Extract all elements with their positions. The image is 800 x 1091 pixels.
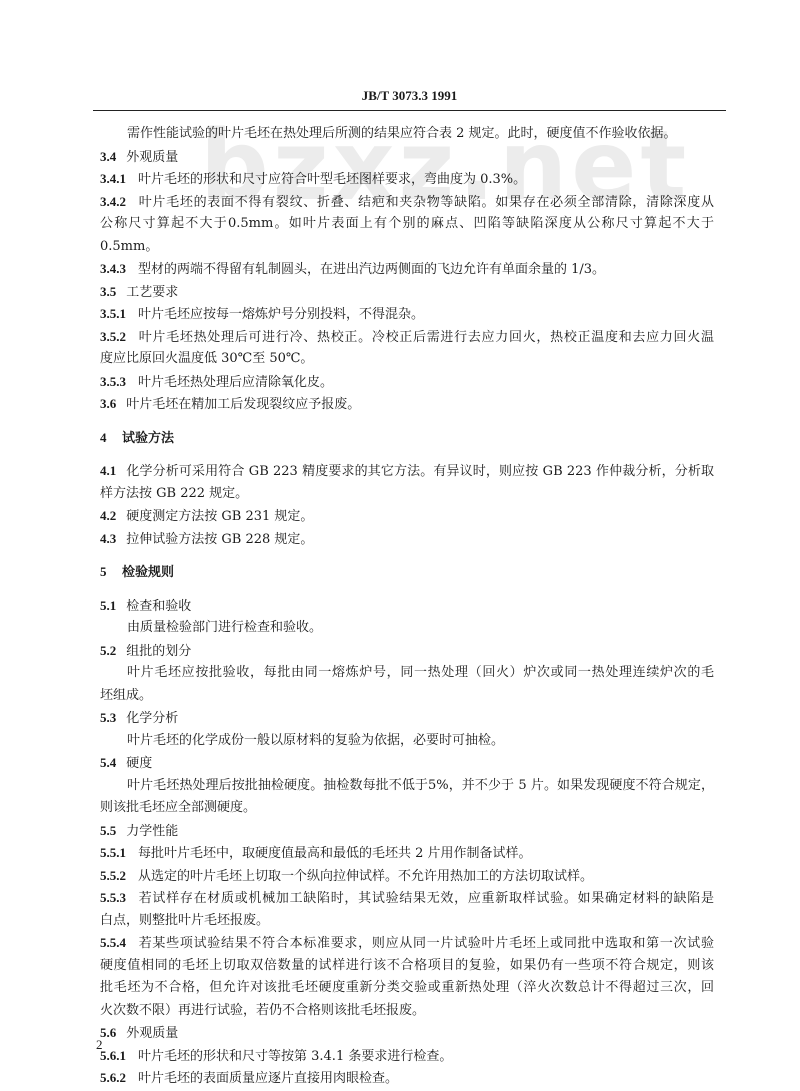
clause-5-5-4-cont: 硬度值相同的毛坯上切取双倍数量的试样进行该不合格项目的复验，如果仍有一些项不符合… bbox=[100, 955, 714, 978]
standard-code-header: JB/T 3073.3 1991 bbox=[93, 88, 726, 104]
clause-5-5-4: 5.5.4若某些项试验结果不符合本标准要求，则应从同一片试验叶片毛坯上或同批中选… bbox=[100, 932, 714, 955]
section-5-5: 5.5力学性能 bbox=[100, 820, 714, 843]
clause-3-4-3: 3.4.3型材的两端不得留有轧制圆头，在进出汽边两侧面的飞边允许有单面余量的 1… bbox=[100, 258, 714, 281]
spacer bbox=[100, 449, 714, 460]
section-number: 4.1 bbox=[100, 460, 116, 483]
section-number: 3.4 bbox=[100, 146, 116, 169]
section-3-6: 3.6叶片毛坯在精加工后发现裂纹应予报废。 bbox=[100, 393, 714, 416]
clause-text: 若试样存在材质或机械加工缺陷时，其试验结果无效，应重新取样试验。如果确定材料的缺… bbox=[138, 891, 714, 906]
section-number: 4.2 bbox=[100, 505, 116, 528]
clause-3-5-2: 3.5.2叶片毛坯热处理后可进行冷、热校正。冷校正后需进行去应力回火，热校正温度… bbox=[100, 326, 714, 349]
section-title: 力学性能 bbox=[126, 824, 178, 839]
clause-3-4-2: 3.4.2叶片毛坯的表面不得有裂纹、折叠、结疤和夹杂物等缺陷。如果存在必须全部清… bbox=[100, 191, 714, 214]
page-number: 2 bbox=[96, 1037, 103, 1053]
section-text: 叶片毛坯在精加工后发现裂纹应予报废。 bbox=[126, 397, 360, 412]
clause-5-5-4-cont: 火次数不限）再进行试验，若仍不合格则该批毛坯报废。 bbox=[100, 1000, 714, 1023]
section-5-2-body-cont: 坯组成。 bbox=[100, 685, 714, 708]
section-number: 5.2 bbox=[100, 640, 116, 663]
clause-number: 3.4.1 bbox=[100, 168, 126, 191]
clause-3-4-2-cont: 公称尺寸算起不大于0.5mm。如叶片表面上有个别的麻点、凹陷等缺陷深度从公称尺寸… bbox=[100, 213, 714, 236]
clause-text: 叶片毛坯热处理后应清除氧化皮。 bbox=[138, 375, 333, 390]
section-5-3: 5.3化学分析 bbox=[100, 707, 714, 730]
section-title: 组批的划分 bbox=[126, 644, 191, 659]
clause-3-5-1: 3.5.1叶片毛坯应按每一熔炼炉号分别投料，不得混杂。 bbox=[100, 303, 714, 326]
clause-text: 叶片毛坯的形状和尺寸应符合叶型毛坯图样要求，弯曲度为 0.3%。 bbox=[138, 172, 526, 187]
clause-number: 3.5.1 bbox=[100, 303, 126, 326]
section-number: 5.1 bbox=[100, 595, 116, 618]
clause-text: 叶片毛坯的表面质量应逐片直接用肉眼检查。 bbox=[138, 1071, 398, 1086]
chapter-5-heading: 5检验规则 bbox=[100, 561, 714, 584]
clause-text: 叶片毛坯的表面不得有裂纹、折叠、结疤和夹杂物等缺陷。如果存在必须全部清除，清除深… bbox=[138, 195, 714, 210]
header-divider bbox=[93, 110, 726, 111]
section-title: 外观质量 bbox=[126, 1026, 178, 1041]
spacer bbox=[100, 416, 714, 427]
spacer bbox=[100, 584, 714, 595]
section-5-1-body: 由质量检验部门进行检查和验收。 bbox=[100, 617, 714, 640]
clause-number: 5.6.1 bbox=[100, 1045, 126, 1068]
clause-number: 5.5.3 bbox=[100, 887, 126, 910]
clause-text: 叶片毛坯应按每一熔炼炉号分别投料，不得混杂。 bbox=[138, 307, 424, 322]
clause-text: 若某些项试验结果不符合本标准要求，则应从同一片试验叶片毛坯上或同批中选取和第一次… bbox=[138, 936, 714, 951]
section-text: 拉伸试验方法按 GB 228 规定。 bbox=[126, 532, 313, 547]
clause-3-5-3: 3.5.3叶片毛坯热处理后应清除氧化皮。 bbox=[100, 371, 714, 394]
section-5-4: 5.4硬度 bbox=[100, 752, 714, 775]
clause-number: 5.5.4 bbox=[100, 932, 126, 955]
clause-number: 3.5.2 bbox=[100, 326, 126, 349]
section-4-2: 4.2硬度测定方法按 GB 231 规定。 bbox=[100, 505, 714, 528]
clause-number: 3.4.2 bbox=[100, 191, 126, 214]
clause-number: 5.5.1 bbox=[100, 842, 126, 865]
chapter-number: 4 bbox=[100, 427, 112, 450]
section-4-3: 4.3拉伸试验方法按 GB 228 规定。 bbox=[100, 528, 714, 551]
clause-5-5-4-cont: 批毛坯为不合格，但允许对该批毛坯硬度重新分类交验或重新热处理（淬火次数总计不得超… bbox=[100, 977, 714, 1000]
clause-3-4-1: 3.4.1叶片毛坯的形状和尺寸应符合叶型毛坯图样要求，弯曲度为 0.3%。 bbox=[100, 168, 714, 191]
section-5-6: 5.6外观质量 bbox=[100, 1022, 714, 1045]
section-number: 5.4 bbox=[100, 752, 116, 775]
clause-5-5-3-cont: 白点，则整批叶片毛坯报废。 bbox=[100, 910, 714, 933]
section-number: 3.6 bbox=[100, 393, 116, 416]
section-4-1-cont: 样方法按 GB 222 规定。 bbox=[100, 483, 714, 506]
clause-number: 5.6.2 bbox=[100, 1067, 126, 1090]
section-5-3-body: 叶片毛坯的化学成份一般以原材料的复验为依据，必要时可抽检。 bbox=[100, 730, 714, 753]
section-4-1: 4.1化学分析可采用符合 GB 223 精度要求的其它方法。有异议时，则应按 G… bbox=[100, 460, 714, 483]
intro-paragraph: 需作性能试验的叶片毛坯在热处理后所测的结果应符合表 2 规定。此时，硬度值不作验… bbox=[100, 123, 714, 146]
section-number: 5.3 bbox=[100, 707, 116, 730]
section-title: 工艺要求 bbox=[126, 285, 178, 300]
chapter-title: 检验规则 bbox=[122, 565, 174, 580]
section-3-5: 3.5工艺要求 bbox=[100, 281, 714, 304]
clause-text: 叶片毛坯热处理后可进行冷、热校正。冷校正后需进行去应力回火，热校正温度和去应力回… bbox=[138, 330, 714, 345]
clause-3-4-2-cont: 0.5mm。 bbox=[100, 236, 714, 259]
section-text: 化学分析可采用符合 GB 223 精度要求的其它方法。有异议时，则应按 GB 2… bbox=[126, 464, 714, 479]
clause-number: 5.5.2 bbox=[100, 865, 126, 888]
section-title: 检查和验收 bbox=[126, 599, 191, 614]
clause-number: 3.4.3 bbox=[100, 258, 126, 281]
clause-5-6-1: 5.6.1叶片毛坯的形状和尺寸等按第 3.4.1 条要求进行检查。 bbox=[100, 1045, 714, 1068]
clause-text: 每批叶片毛坯中，取硬度值最高和最低的毛坯共 2 片用作制备试样。 bbox=[138, 846, 532, 861]
clause-text: 从选定的叶片毛坯上切取一个纵向拉伸试样。不允许用热加工的方法切取试样。 bbox=[138, 869, 593, 884]
clause-number: 3.5.3 bbox=[100, 371, 126, 394]
section-text: 硬度测定方法按 GB 231 规定。 bbox=[126, 509, 313, 524]
section-number: 4.3 bbox=[100, 528, 116, 551]
clause-text: 型材的两端不得留有轧制圆头，在进出汽边两侧面的飞边允许有单面余量的 1/3。 bbox=[138, 262, 605, 277]
section-5-4-body-cont: 则该批毛坯应全部测硬度。 bbox=[100, 797, 714, 820]
section-5-2: 5.2组批的划分 bbox=[100, 640, 714, 663]
clause-5-5-3: 5.5.3若试样存在材质或机械加工缺陷时，其试验结果无效，应重新取样试验。如果确… bbox=[100, 887, 714, 910]
chapter-4-heading: 4试验方法 bbox=[100, 427, 714, 450]
section-5-1: 5.1检查和验收 bbox=[100, 595, 714, 618]
section-title: 化学分析 bbox=[126, 711, 178, 726]
clause-text: 叶片毛坯的形状和尺寸等按第 3.4.1 条要求进行检查。 bbox=[138, 1049, 452, 1064]
section-number: 3.5 bbox=[100, 281, 116, 304]
clause-5-5-2: 5.5.2从选定的叶片毛坯上切取一个纵向拉伸试样。不允许用热加工的方法切取试样。 bbox=[100, 865, 714, 888]
clause-5-5-1: 5.5.1每批叶片毛坯中，取硬度值最高和最低的毛坯共 2 片用作制备试样。 bbox=[100, 842, 714, 865]
section-5-2-body: 叶片毛坯应按批验收，每批由同一熔炼炉号，同一热处理（回火）炉次或同一热处理连续炉… bbox=[100, 662, 714, 685]
document-body: 需作性能试验的叶片毛坯在热处理后所测的结果应符合表 2 规定。此时，硬度值不作验… bbox=[100, 123, 714, 1090]
section-5-4-body: 叶片毛坯热处理后按批抽检硬度。抽检数每批不低于5%，并不少于 5 片。如果发现硬… bbox=[100, 775, 714, 798]
clause-5-6-2: 5.6.2叶片毛坯的表面质量应逐片直接用肉眼检查。 bbox=[100, 1067, 714, 1090]
clause-3-5-2-cont: 度应比原回火温度低 30℃至 50℃。 bbox=[100, 348, 714, 371]
section-number: 5.5 bbox=[100, 820, 116, 843]
spacer bbox=[100, 550, 714, 561]
chapter-number: 5 bbox=[100, 561, 112, 584]
chapter-title: 试验方法 bbox=[122, 431, 174, 446]
section-title: 硬度 bbox=[126, 756, 152, 771]
section-title: 外观质量 bbox=[126, 150, 178, 165]
section-3-4: 3.4外观质量 bbox=[100, 146, 714, 169]
